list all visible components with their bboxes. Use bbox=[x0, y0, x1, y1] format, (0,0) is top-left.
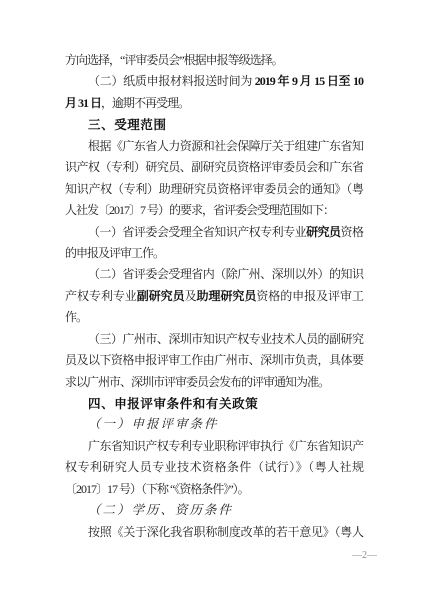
text-line-10: 的申报及评审工作。 bbox=[65, 243, 363, 264]
text-run: 作。 bbox=[65, 310, 87, 324]
text-run: 根据《广东省人力资源和社会保障厅关于组建广东省知 bbox=[88, 139, 363, 153]
text-line-20: 权专利研究人员专业技术资格条件（试行）》（粤人社规 bbox=[65, 457, 363, 478]
text-run: ，逾期不再受理。 bbox=[101, 96, 189, 110]
text-run: 四、申报评审条件和有关政策 bbox=[88, 396, 258, 411]
text-run: 人社发〔2017〕7 号）的要求，省评委会受理范围如下： bbox=[65, 203, 334, 217]
text-line-13: 作。 bbox=[65, 307, 363, 328]
text-run: （二）省评委会受理省内（除广州、深圳以外）的知识 bbox=[88, 267, 363, 281]
text-run: 员及以下资格申报评审工作由广州市、深圳市负责，具体要 bbox=[65, 353, 363, 367]
text-run: 及 bbox=[185, 289, 197, 303]
text-line-11: （二）省评委会受理省内（除广州、深圳以外）的知识 bbox=[65, 264, 363, 285]
text-line-22: （二）学历、资历条件 bbox=[65, 500, 363, 521]
document-text-block: 方向选择，“评审委员会”根据申报等级选择。（二）纸质申报材料报送时间为 2019… bbox=[65, 50, 363, 543]
text-line-8: 人社发〔2017〕7 号）的要求，省评委会受理范围如下： bbox=[65, 200, 363, 221]
text-run: 求以广州市、深圳市评审委员会发布的评审通知为准。 bbox=[65, 375, 329, 389]
text-line-6: 识产权（专利）研究员、副研究员资格评审委员会和广东省 bbox=[65, 157, 363, 178]
text-line-12: 产权专利专业副研究员及助理研究员资格的申报及评审工 bbox=[65, 286, 363, 307]
text-line-7: 知识产权（专利）助理研究员资格评审委员会的通知》（粤 bbox=[65, 179, 363, 200]
text-line-21: 〔2017〕17 号）（下称 “《资格条件》”）。 bbox=[65, 479, 363, 500]
text-run: （一）省评委会受理全省知识产权专利专业 bbox=[88, 225, 306, 239]
text-line-15: 员及以下资格申报评审工作由广州市、深圳市负责，具体要 bbox=[65, 350, 363, 371]
text-run: 知识产权（专利）助理研究员资格评审委员会的通知》（粤 bbox=[65, 182, 363, 196]
text-run: （二）纸质申报材料报送时间为 bbox=[88, 74, 255, 88]
page-number: —2— bbox=[352, 550, 377, 561]
text-line-4: 三、受理范围 bbox=[65, 114, 363, 135]
text-run: 资格 bbox=[341, 225, 363, 239]
bold-text-run: 助理研究员 bbox=[197, 289, 257, 303]
text-run: （一）申报评审条件 bbox=[88, 417, 219, 431]
text-run: 识产权（专利）研究员、副研究员资格评审委员会和广东省 bbox=[65, 160, 363, 174]
bold-text-run: 副研究员 bbox=[137, 289, 185, 303]
text-line-18: （一）申报评审条件 bbox=[65, 414, 363, 435]
text-line-9: （一）省评委会受理全省知识产权专利专业研究员资格 bbox=[65, 222, 363, 243]
text-run: 按照《关于深化我省职称制度改革的若干意见》（粤人 bbox=[88, 525, 363, 539]
text-run: 广东省知识产权专利专业职称评审执行《广东省知识产 bbox=[88, 439, 363, 453]
text-run: 产权专利专业 bbox=[65, 289, 137, 303]
text-line-1: 方向选择，“评审委员会”根据申报等级选择。 bbox=[65, 50, 363, 71]
text-run: （二）学历、资历条件 bbox=[88, 503, 233, 517]
text-line-17: 四、申报评审条件和有关政策 bbox=[65, 393, 363, 414]
text-run: 三、受理范围 bbox=[88, 117, 167, 132]
text-line-2: （二）纸质申报材料报送时间为 2019 年 9 月 15 日至 10 bbox=[65, 71, 363, 92]
document-page: 方向选择，“评审委员会”根据申报等级选择。（二）纸质申报材料报送时间为 2019… bbox=[0, 0, 424, 600]
text-run: （三）广州市、深圳市知识产权专业技术人员的副研究 bbox=[88, 332, 363, 346]
bold-text-run: 月 31 日 bbox=[65, 96, 101, 110]
text-line-19: 广东省知识产权专利专业职称评审执行《广东省知识产 bbox=[65, 436, 363, 457]
text-line-5: 根据《广东省人力资源和社会保障厅关于组建广东省知 bbox=[65, 136, 363, 157]
text-line-23: 按照《关于深化我省职称制度改革的若干意见》（粤人 bbox=[65, 522, 363, 543]
text-run: 〔2017〕17 号）（下称 “《资格条件》”）。 bbox=[65, 482, 249, 496]
text-line-16: 求以广州市、深圳市评审委员会发布的评审通知为准。 bbox=[65, 372, 363, 393]
text-run: 权专利研究人员专业技术资格条件（试行）》（粤人社规 bbox=[65, 460, 363, 474]
bold-text-run: 2019 年 9 月 15 日至 10 bbox=[255, 74, 363, 88]
text-line-3: 月 31 日，逾期不再受理。 bbox=[65, 93, 363, 114]
text-run: 资格的申报及评审工 bbox=[256, 289, 363, 303]
text-run: 方向选择，“评审委员会”根据申报等级选择。 bbox=[65, 53, 283, 67]
bold-text-run: 研究员 bbox=[306, 225, 340, 239]
text-run: 的申报及评审工作。 bbox=[65, 246, 164, 260]
text-line-14: （三）广州市、深圳市知识产权专业技术人员的副研究 bbox=[65, 329, 363, 350]
